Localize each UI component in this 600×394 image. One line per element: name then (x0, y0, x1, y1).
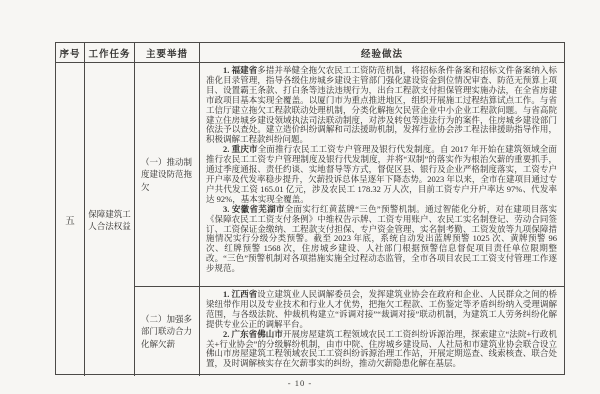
practice-paragraph: 3. 安徽省芜湖市全面实行红黄蓝牌“三色”预警机制。通过智能化分析，对在建项目落… (206, 205, 557, 274)
cell-experience-1: 1. 福建省多措并举健全拖欠农民工工资防范机制，将招标条件备案和招标文件备案纳入… (199, 62, 564, 286)
work-task-text: 保障建筑工人合法权益 (88, 208, 131, 232)
document-page: 序号 工作任务 主要举措 经验做法 五 保障建筑工人合法权益 （一）推动制度建设… (0, 0, 600, 394)
work-measures-table: 序号 工作任务 主要举措 经验做法 五 保障建筑工人合法权益 （一）推动制度建设… (55, 42, 565, 375)
practice-paragraph: 1. 福建省多措并举健全拖欠农民工工资防范机制，将招标条件备案和招标文件备案纳入… (206, 66, 557, 145)
practice-paragraph: 1. 江西省设立建筑业人民调解委员会，发挥建筑业协会在政府和企业、人民群众之间的… (206, 290, 557, 330)
cell-experience-2: 1. 江西省设立建筑业人民调解委员会，发挥建筑业协会在政府和企业、人民群众之间的… (199, 286, 564, 376)
table-header-task: 工作任务 (84, 43, 134, 62)
header-task-label: 工作任务 (88, 46, 130, 60)
header-experience-label: 经验做法 (361, 46, 403, 60)
practice-lead: 1. 江西省 (223, 289, 257, 299)
practice-lead: 2. 重庆市 (223, 144, 258, 154)
table-header-serial: 序号 (56, 43, 84, 62)
practice-text: 多措并举健全拖欠农民工工资防范机制，将招标条件备案和招标文件备案纳入标准化目录管… (206, 65, 557, 144)
practice-lead: 2. 广东省佛山市 (223, 329, 283, 339)
cell-measure-2: （二）加强多部门联动合力化解欠薪 (134, 286, 199, 376)
practice-text: 全面推行农民工工资专户管理及银行代发制度。自 2017 年开始在建筑领域全面推行… (206, 144, 557, 204)
practice-paragraph: 2. 重庆市全面推行农民工工资专户管理及银行代发制度。自 2017 年开始在建筑… (206, 145, 557, 204)
table-header-experience: 经验做法 (199, 43, 564, 62)
cell-work-task: 保障建筑工人合法权益 (84, 62, 134, 376)
practice-paragraph: 2. 广东省佛山市开展房屋建筑工程领域农民工工资纠纷诉源治理，探索建立“法院+行… (206, 330, 557, 370)
cell-serial-number: 五 (56, 62, 84, 376)
cell-measure-1: （一）推动制度建设防范拖欠 (134, 62, 199, 286)
practice-lead: 3. 安徽省芜湖市 (223, 204, 285, 214)
practice-lead: 1. 福建省 (223, 65, 257, 75)
serial-number-text: 五 (65, 213, 75, 227)
measure-1-text: （一）推动制度建设防范拖欠 (141, 156, 193, 194)
practice-text: 设立建筑业人民调解委员会，发挥建筑业协会在政府和企业、人民群众之间的桥梁纽带作用… (206, 289, 557, 329)
page-number: - 10 - (0, 378, 600, 388)
table-header-measure: 主要举措 (134, 43, 199, 62)
header-measure-label: 主要举措 (146, 46, 188, 60)
header-serial-label: 序号 (59, 46, 80, 60)
measure-2-text: （二）加强多部门联动合力化解欠薪 (141, 313, 193, 351)
practice-text: 全面实行红黄蓝牌“三色”预警机制。通过智能化分析，对在建项目落实《保障农民工工资… (206, 204, 557, 273)
